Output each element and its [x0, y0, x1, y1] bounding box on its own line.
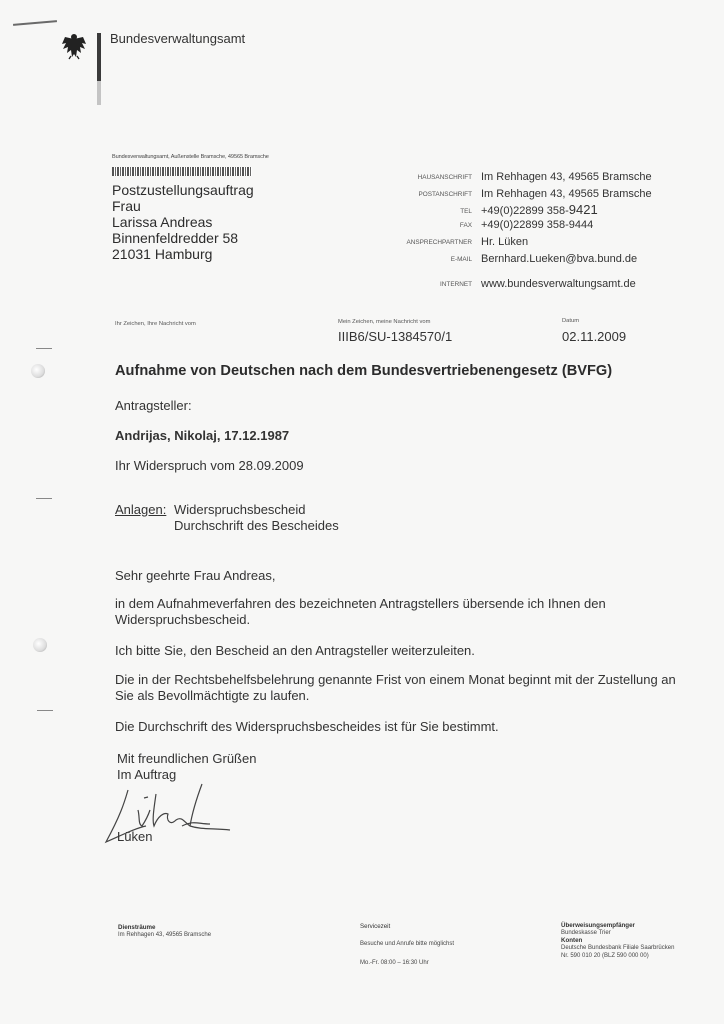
paragraph-2: Ich bitte Sie, den Bescheid an den Antra…: [115, 643, 655, 659]
info-row-fax: Fax +49(0)22899 358-9444: [380, 217, 680, 231]
your-reference-label: Ihr Zeichen, Ihre Nachricht vom: [115, 321, 196, 327]
recipient-name: Larissa Andreas: [112, 214, 254, 230]
email-link[interactable]: Bernhard.Lueken@bva.bund.de: [481, 253, 637, 265]
letterhead-bar: [97, 33, 101, 81]
barcode: [112, 167, 252, 176]
federal-eagle-icon: [61, 32, 87, 60]
staple-mark: [13, 20, 57, 26]
signatory-name: Lüken: [117, 829, 152, 845]
fold-mark: [37, 710, 53, 711]
footer-offices: Diensträume Im Rehhagen 43, 49565 Bramsc…: [118, 924, 211, 939]
paragraph-3: Die in der Rechtsbehelfsbelehrung genann…: [115, 672, 690, 704]
enclosure-item: Widerspruchsbescheid: [174, 502, 339, 518]
enclosures: Anlagen: Widerspruchsbescheid Durchschri…: [115, 502, 339, 534]
greeting: Sehr geehrte Frau Andreas,: [115, 568, 275, 584]
punch-hole: [33, 638, 47, 652]
tel-extension: 9421: [569, 202, 598, 217]
my-reference-value: IIIB6/SU-1384570/1: [338, 329, 452, 344]
recipient-salutation: Frau: [112, 198, 254, 214]
sender-return-line: Bundesverwaltungsamt, Außenstelle Bramsc…: [112, 154, 269, 160]
objection-reference: Ihr Widerspruch vom 28.09.2009: [115, 458, 304, 474]
date-label: Datum: [562, 318, 579, 324]
recipient-address: Postzustellungsauftrag Frau Larissa Andr…: [112, 182, 254, 262]
info-row-tel: Tel +49(0)22899 358-9421: [380, 200, 680, 217]
applicant-label: Antragsteller:: [115, 398, 192, 414]
info-row-contact-person: Ansprechpartner Hr. Lüken: [380, 231, 680, 248]
recipient-city: 21031 Hamburg: [112, 246, 254, 262]
footer-service: Servicezeit Besuche und Anrufe bitte mög…: [360, 923, 454, 967]
closing-phrase: Mit freundlichen Grüßen: [117, 751, 256, 767]
applicant-name: Andrijas, Nikolaj, 17.12.1987: [115, 428, 289, 444]
enclosures-label: Anlagen:: [115, 502, 174, 534]
info-row-email: E-Mail Bernhard.Lueken@bva.bund.de: [380, 248, 680, 265]
website-link[interactable]: www.bundesverwaltungsamt.de: [481, 278, 636, 290]
my-reference-label: Mein Zeichen, meine Nachricht vom: [338, 319, 430, 325]
info-row-postanschrift: Postanschrift Im Rehhagen 43, 49565 Bram…: [380, 183, 680, 200]
fold-mark: [36, 498, 52, 499]
fold-mark: [36, 348, 52, 349]
enclosures-list: Widerspruchsbescheid Durchschrift des Be…: [174, 502, 339, 534]
footer-bank: Überweisungsempfänger Bundeskasse Trier …: [561, 922, 674, 960]
punch-hole: [31, 364, 45, 378]
date-value: 02.11.2009: [562, 329, 626, 344]
enclosure-item: Durchschrift des Bescheides: [174, 518, 339, 534]
delivery-type: Postzustellungsauftrag: [112, 182, 254, 198]
letterhead-bar-light: [97, 81, 101, 105]
info-row-internet: Internet www.bundesverwaltungsamt.de: [380, 273, 680, 290]
subject-line: Aufnahme von Deutschen nach dem Bundesve…: [115, 363, 612, 379]
contact-info-block: Hausanschrift Im Rehhagen 43, 49565 Bram…: [380, 166, 680, 290]
paragraph-1: in dem Aufnahmeverfahren des bezeichnete…: [115, 596, 655, 628]
organization-name: Bundesverwaltungsamt: [110, 31, 245, 46]
paragraph-4: Die Durchschrift des Widerspruchsbeschei…: [115, 719, 655, 735]
info-row-hausanschrift: Hausanschrift Im Rehhagen 43, 49565 Bram…: [380, 166, 680, 183]
recipient-street: Binnenfeldredder 58: [112, 230, 254, 246]
